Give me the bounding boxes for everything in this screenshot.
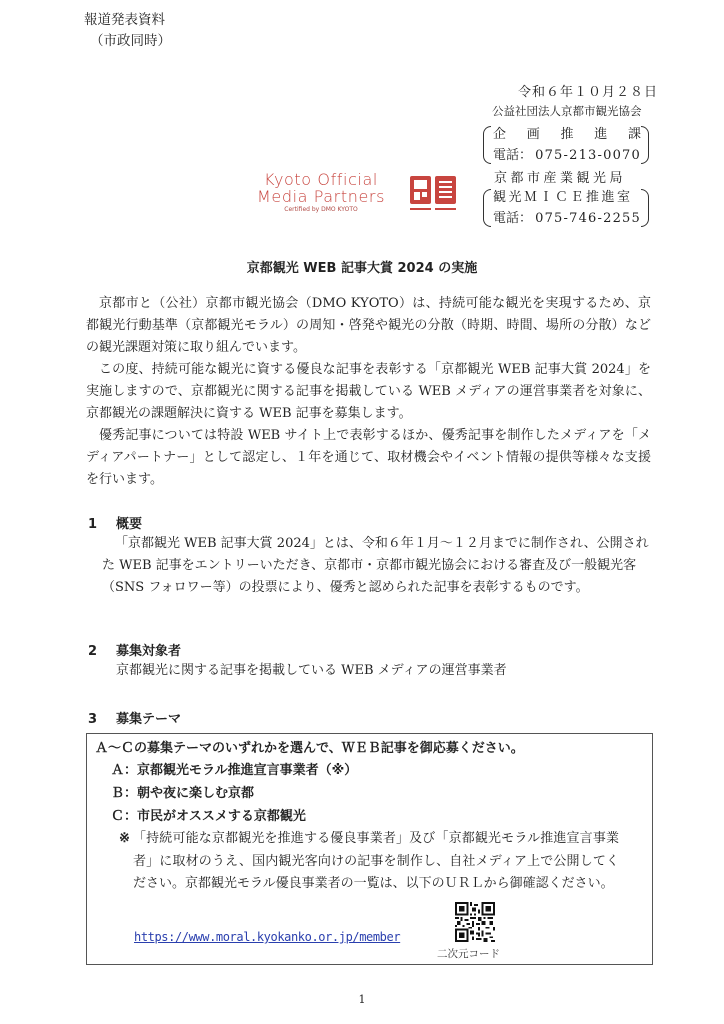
themes-lead: Ａ～Ｃの募集テーマのいずれかを選んで、ＷＥＢ記事を御応募ください。 <box>95 737 524 756</box>
section-1-heading: 1概要 <box>88 513 142 532</box>
intro-paragraph: 京都市と（公社）京都市観光協会（DMO KYOTO）は、持続可能な観光を実現する… <box>86 293 651 359</box>
release-header: 報道発表資料 （市政同時） <box>84 10 171 52</box>
issuer2-org: 京都市産業観光局 <box>494 167 626 186</box>
dept-char: 進 <box>594 124 607 145</box>
note-text: 「持続可能な京都観光を推進する優良事業者」及び「京都観光モラル推進宣言事業者」に… <box>119 828 619 896</box>
logo-line3: Certified by DMO KYOTO <box>257 205 385 215</box>
logo-line1: Kyoto Official <box>257 172 385 188</box>
theme-note: ※ 「持続可能な京都観光を推進する優良事業者」及び「京都観光モラル推進宣言事業者… <box>119 828 619 896</box>
section-title: 概要 <box>116 517 142 532</box>
open-book-icon <box>409 175 459 219</box>
document-title: 京都観光 WEB 記事大賞 2024 の実施 <box>0 257 724 276</box>
section-2-heading: 2募集対象者 <box>88 640 181 659</box>
theme-item-a: Ａ：京都観光モラル推進宣言事業者（※） <box>111 759 357 778</box>
issuer1-phone: 075-213-0070 <box>535 145 641 166</box>
section-text: 「京都観光 WEB 記事大賞 2024」とは、令和６年１月～１２月までに制作され… <box>102 533 650 599</box>
theme-item-b: Ｂ：朝や夜に楽しむ京都 <box>111 782 254 801</box>
section-text: 京都観光に関する記事を掲載している WEB メディアの運営事業者 <box>116 660 664 682</box>
section-1-body: 「京都観光 WEB 記事大賞 2024」とは、令和６年１月～１２月までに制作され… <box>102 533 650 599</box>
page-number: 1 <box>0 993 724 1006</box>
phone-label: 電話： <box>493 145 532 166</box>
themes-box: Ａ～Ｃの募集テーマのいずれかを選んで、ＷＥＢ記事を御応募ください。 Ａ：京都観光… <box>86 733 653 965</box>
kyoto-official-media-partners-logo: Kyoto Official Media Partners Certified … <box>257 172 385 215</box>
section-3-heading: 3募集テーマ <box>88 708 181 727</box>
issuer2-dept-row: 観光ＭＩＣＥ推進室 <box>483 187 649 208</box>
release-note: （市政同時） <box>84 31 171 52</box>
dept-char: 推 <box>560 124 573 145</box>
qr-code-icon <box>455 902 495 942</box>
intro-section: 京都市と（公社）京都市観光協会（DMO KYOTO）は、持続可能な観光を実現する… <box>86 293 651 491</box>
section-title: 募集テーマ <box>116 712 181 727</box>
issuer2-phone-row: 電話： 075-746-2255 <box>483 208 649 229</box>
issuer1-dept: 企 画 推 進 課 <box>483 124 649 145</box>
doc-type: 報道発表資料 <box>84 10 171 31</box>
logo-line2: Media Partners <box>257 188 385 205</box>
phone-label: 電話： <box>493 208 532 229</box>
dept-char: 課 <box>628 124 641 145</box>
issuer1-contact: 企 画 推 進 課 電話： 075-213-0070 <box>483 124 649 166</box>
issuer2-contact: 観光ＭＩＣＥ推進室 電話： 075-746-2255 <box>483 187 649 229</box>
section-number: 3 <box>88 712 116 727</box>
intro-paragraph: この度、持続可能な観光に資する優良な記事を表彰する「京都観光 WEB 記事大賞 … <box>86 359 651 425</box>
dept-char: 画 <box>527 124 540 145</box>
section-2-body: 京都観光に関する記事を掲載している WEB メディアの運営事業者 <box>116 660 664 682</box>
release-date: 令和６年１０月２８日 <box>518 81 658 100</box>
issuer2-phone: 075-746-2255 <box>535 208 641 229</box>
section-number: 2 <box>88 644 116 659</box>
issuer2-dept: 観光ＭＩＣＥ推進室 <box>493 187 633 208</box>
section-title: 募集対象者 <box>116 644 181 659</box>
section-number: 1 <box>88 517 116 532</box>
intro-paragraph: 優秀記事については特設 WEB サイト上で表彰するほか、優秀記事を制作したメディ… <box>86 425 651 491</box>
qr-code-label: 二次元コード <box>437 946 500 961</box>
issuer1-phone-row: 電話： 075-213-0070 <box>483 145 649 166</box>
moral-member-list-link[interactable]: https://www.moral.kyokanko.or.jp/member <box>134 930 400 944</box>
theme-item-c: Ｃ：市民がオススメする京都観光 <box>111 805 306 824</box>
dept-char: 企 <box>493 124 506 145</box>
note-mark: ※ <box>119 828 130 851</box>
issuer1-org: 公益社団法人京都市観光協会 <box>492 103 642 119</box>
